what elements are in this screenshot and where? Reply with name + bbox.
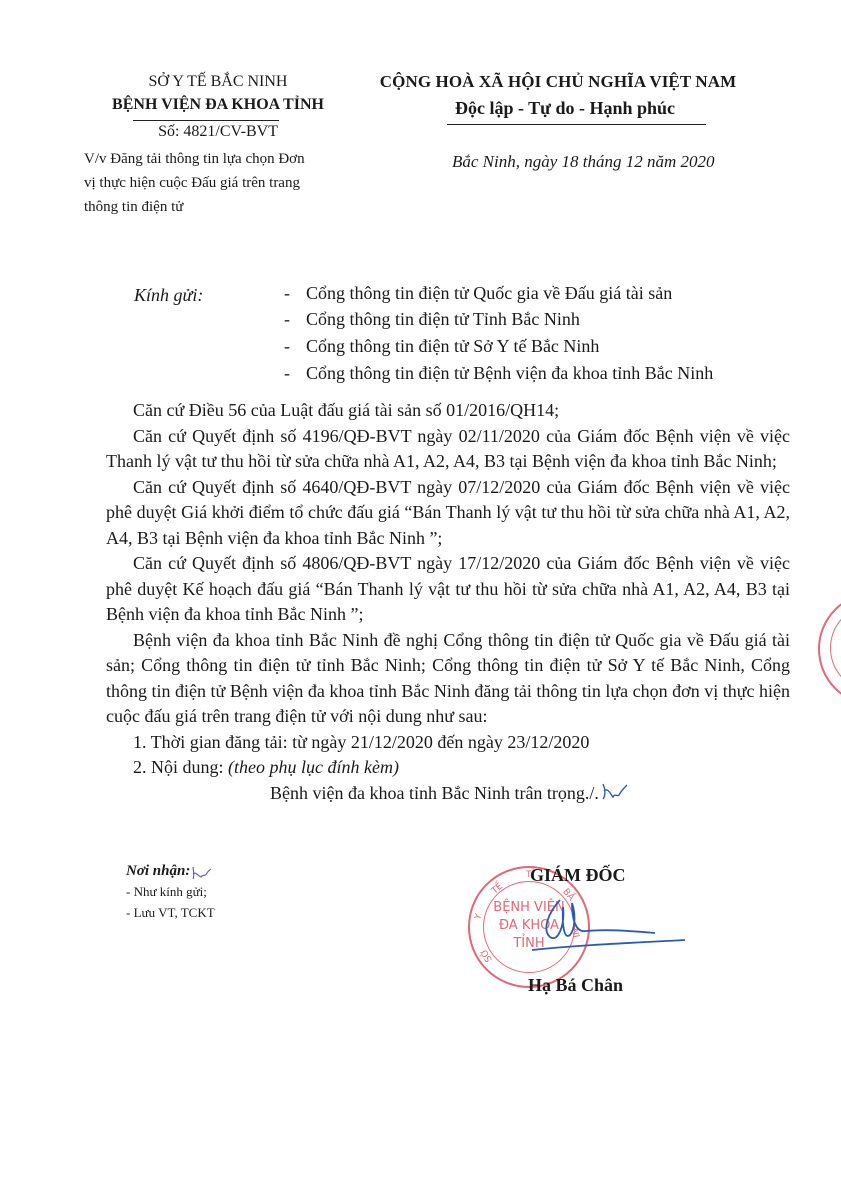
organization-name: BỆNH VIỆN ĐA KHOA TỈNH [82,96,354,114]
legal-basis-paragraph: Căn cứ Quyết định số 4640/QĐ-BVT ngày 07… [106,475,790,552]
organization-underline [133,120,279,121]
distribution-list: Nơi nhận: - Như kính gửi; - Lưu VT, TCKT [126,862,215,923]
item-content: 2. Nội dung: (theo phụ lục đính kèm) [106,755,790,781]
subject-line: V/v Đăng tải thông tin lựa chọn Đơn [84,147,354,171]
document-body: Căn cứ Điều 56 của Luật đấu giá tài sản … [106,398,790,806]
document-subject: V/v Đăng tải thông tin lựa chọn Đơn vị t… [84,147,354,219]
seam-stamp [818,592,841,706]
signer-name: Hạ Bá Chân [528,975,623,996]
parent-organization: SỞ Y TẾ BẮC NINH [118,73,318,91]
document-number: Số: 4821/CV-BVT [118,123,318,141]
legal-basis-paragraph: Căn cứ Quyết định số 4196/QĐ-BVT ngày 02… [106,424,790,475]
recipients-label: Kính gửi: [134,285,203,306]
national-title: CỘNG HOÀ XÃ HỘI CHỦ NGHĨA VIỆT NAM [358,72,758,92]
date-line: Bắc Ninh, ngày 18 tháng 12 năm 2020 [452,152,715,172]
subject-line: thông tin điện tử [84,195,354,219]
motto-underline [447,124,706,125]
distribution-item: - Như kính gửi; [126,881,215,902]
distribution-title: Nơi nhận: [126,862,215,881]
subject-line: vị thực hiện cuộc Đấu giá trên trang [84,171,354,195]
signer-title: GIÁM ĐỐC [530,865,626,886]
initial-signature-icon [599,781,629,803]
director-signature-icon [520,895,690,960]
recipient-item: -Cổng thông tin điện tử Bệnh viện đa kho… [284,363,713,384]
closing-line: Bệnh viện đa khoa tỉnh Bắc Ninh trân trọ… [106,781,790,807]
distribution-item: - Lưu VT, TCKT [126,902,215,923]
legal-basis-paragraph: Căn cứ Quyết định số 4806/QĐ-BVT ngày 17… [106,551,790,628]
national-motto: Độc lập - Tự do - Hạnh phúc [420,98,710,119]
legal-basis-paragraph: Căn cứ Điều 56 của Luật đấu giá tài sản … [106,398,790,424]
recipient-item: -Cổng thông tin điện tử Quốc gia về Đấu … [284,283,672,304]
request-paragraph: Bệnh viện đa khoa tỉnh Bắc Ninh đề nghị … [106,628,790,730]
initial-signature-icon [190,865,212,881]
recipient-item: -Cổng thông tin điện tử Tỉnh Bắc Ninh [284,309,580,330]
item-posting-time: 1. Thời gian đăng tải: từ ngày 21/12/202… [106,730,790,756]
recipient-item: -Cổng thông tin điện tử Sở Y tế Bắc Ninh [284,336,599,357]
